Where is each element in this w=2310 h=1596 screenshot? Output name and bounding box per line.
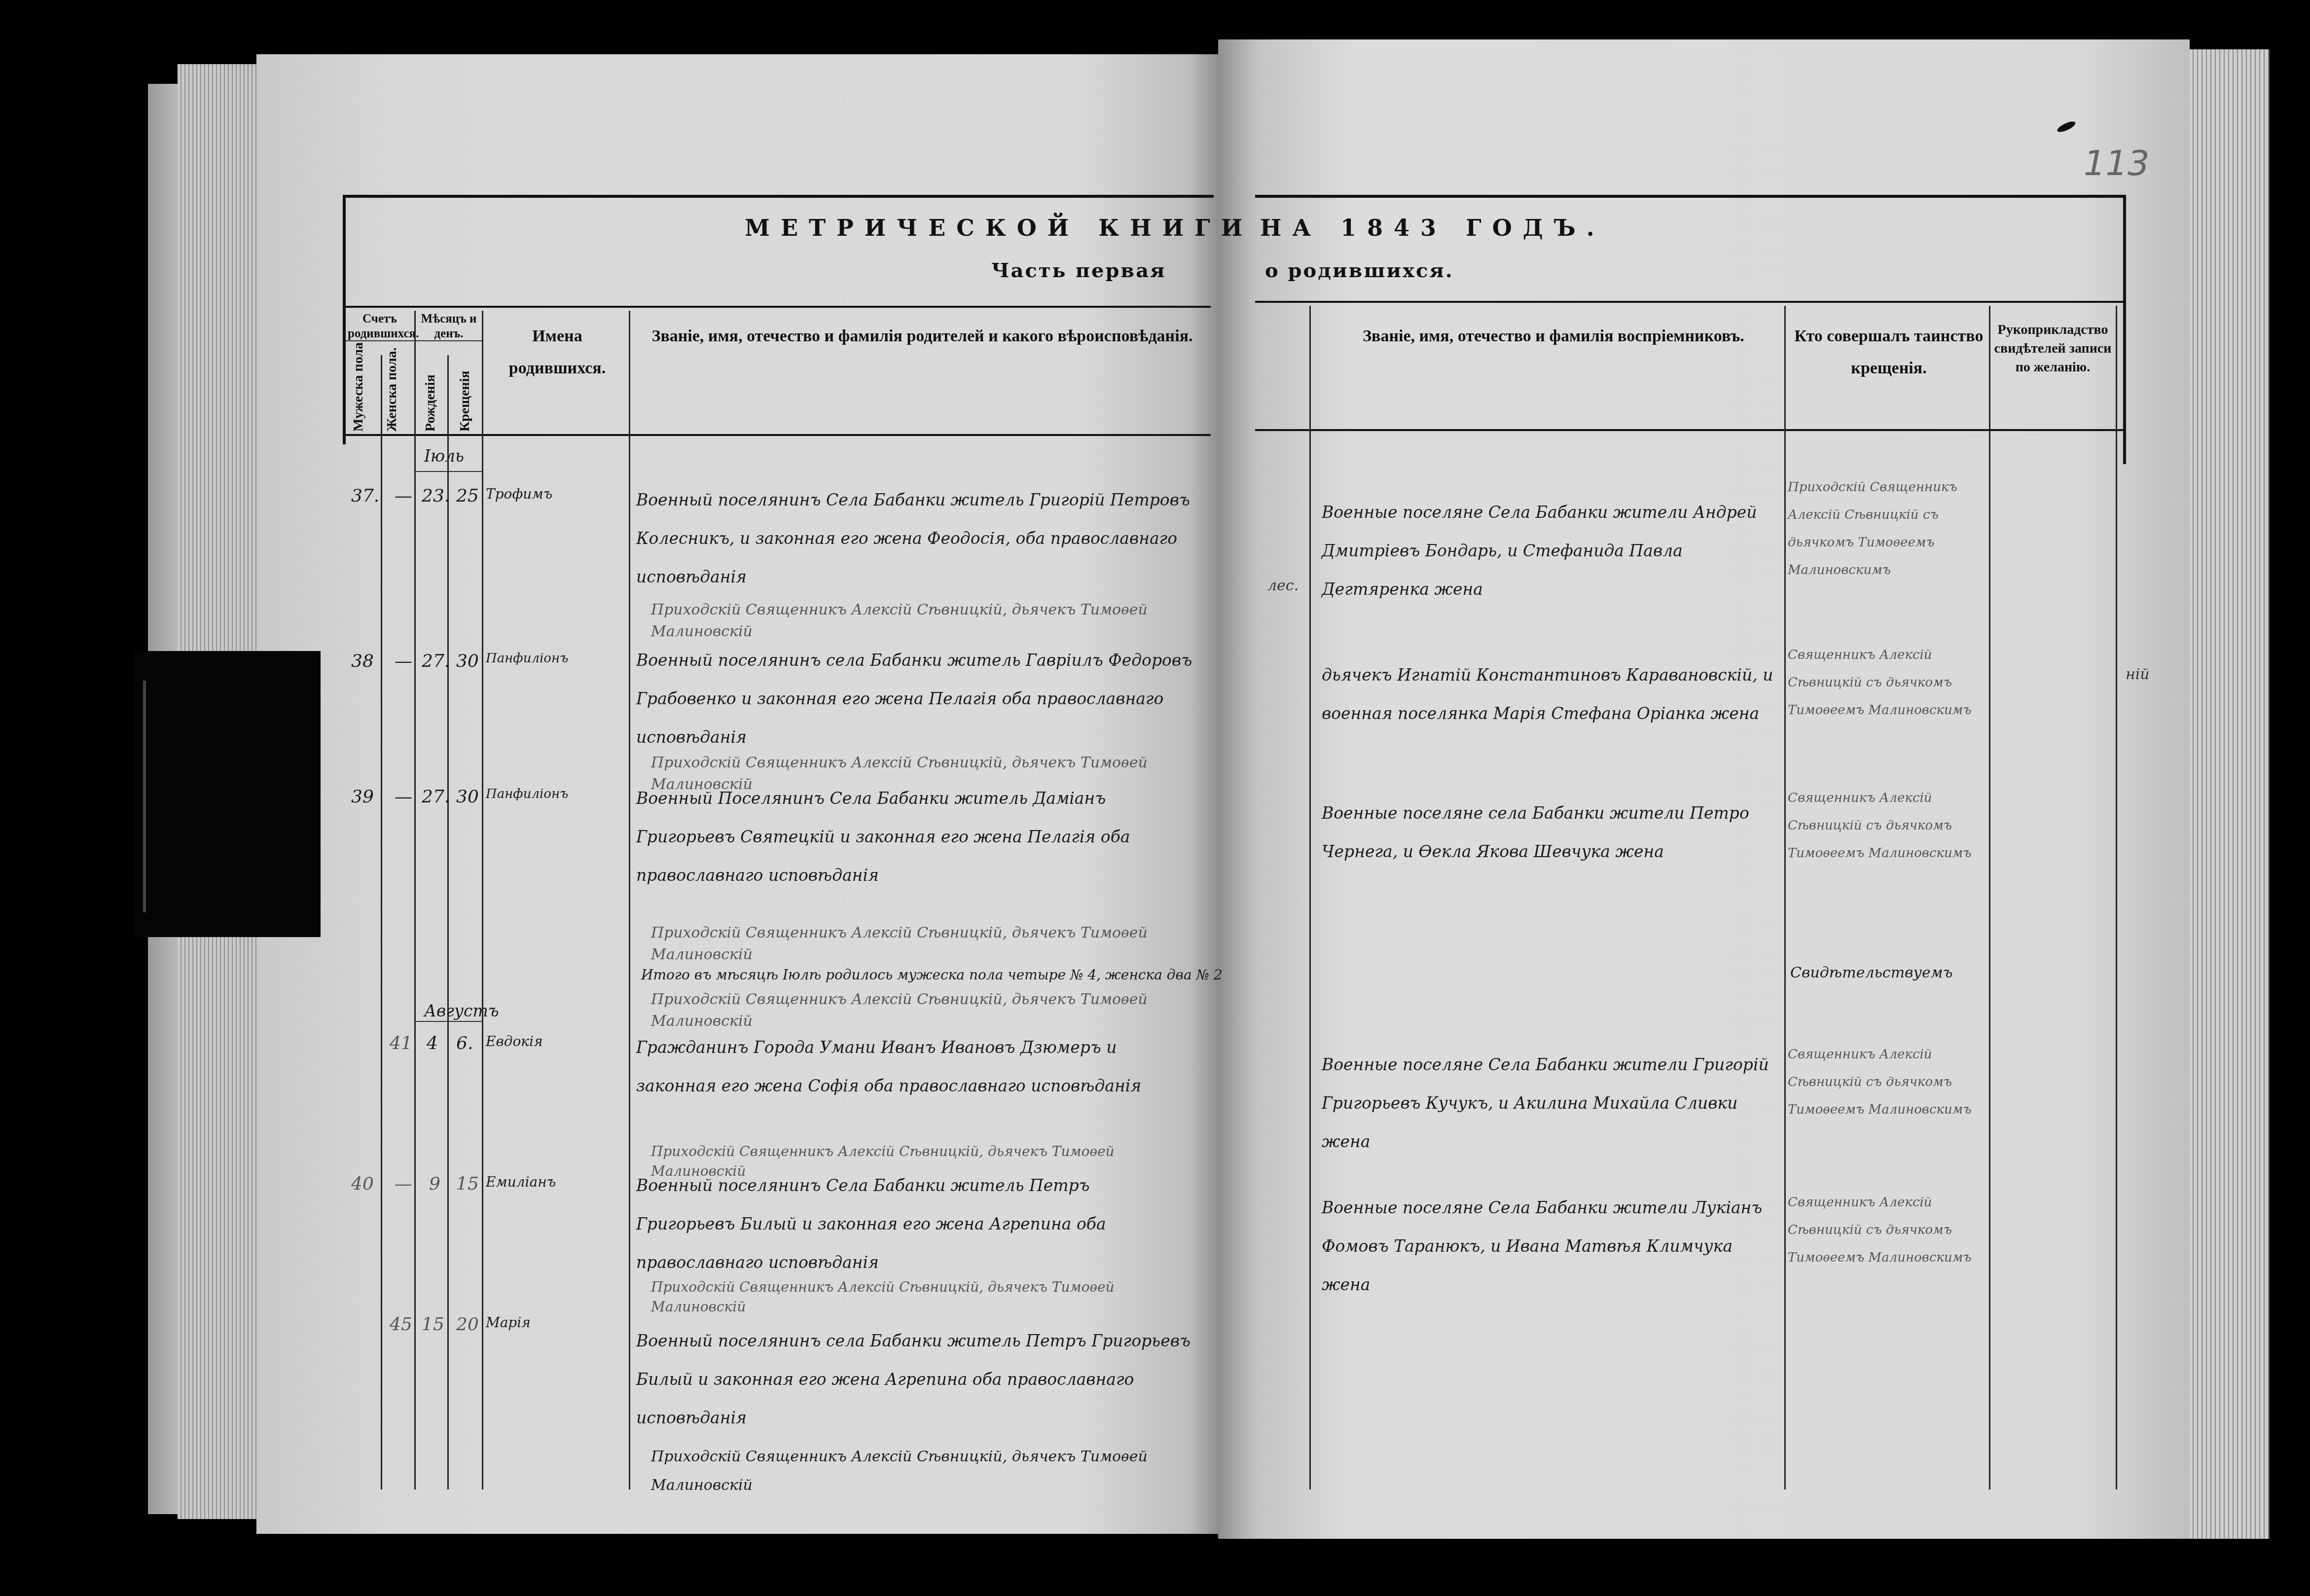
- entry-name: Емиліанъ: [486, 1174, 556, 1190]
- entry-priest: Священникъ Алексій Сѣвницкій съ дьячкомъ…: [1788, 1041, 1985, 1124]
- entry-officiant: Приходскій Священникъ Алексій Сѣвницкій,…: [651, 1443, 1193, 1500]
- entry-godparents: Военные поселяне Села Бабанки жители Анд…: [1322, 493, 1780, 609]
- book-page-edges-right: [2185, 49, 2270, 1539]
- entry-priest: Священникъ Алексій Сѣвницкій съ дьячкомъ…: [1788, 784, 1985, 867]
- entry-female-no: 41: [390, 1033, 412, 1053]
- header-male: Мужеска пола: [351, 348, 381, 432]
- entry-godparents: Военные поселяне Села Бабанки жители Гри…: [1322, 1046, 1780, 1161]
- entry-parents: Военный поселянинъ Села Бабанки житель П…: [636, 1166, 1193, 1282]
- header-date: Мѣсяцъ и денъ.: [417, 312, 481, 341]
- entry-baptism-day: 30: [456, 651, 479, 671]
- header-godparents: Званіе, имя, отечество и фамилія воспріе…: [1341, 321, 1766, 353]
- register-title-left: МЕТРИЧЕСКОЙ КНИГИ: [745, 215, 1253, 241]
- summary-witness: Свидѣтельствуемъ: [1790, 964, 1953, 981]
- entry-officiant: Приходскій Священникъ Алексій Сѣвницкій,…: [651, 922, 1193, 966]
- folio-number: 113: [2084, 143, 2150, 183]
- entry-birth-day: 15: [422, 1314, 444, 1335]
- entry-priest: Священникъ Алексій Сѣвницкій съ дьячкомъ…: [1788, 1189, 1985, 1271]
- register-section: о родившихся.: [1265, 259, 1454, 282]
- entry-godparents: дьячекъ Игнатій Константиновъ Каравановс…: [1322, 656, 1780, 733]
- entry-birth-day: 9: [429, 1174, 440, 1194]
- header-count: Счетъ родившихся.: [348, 312, 412, 341]
- col-line: [1784, 306, 1786, 1489]
- margin-note: лес.: [1267, 577, 1299, 594]
- entry-female-no: 45: [390, 1314, 412, 1335]
- entry-parents: Военный поселянинъ Села Бабанки житель Г…: [636, 481, 1193, 596]
- entry-birth-day: 23.: [422, 486, 450, 506]
- col-line: [1309, 306, 1311, 1489]
- right-header-bottom: [1255, 429, 2123, 431]
- header-female: Женска пола.: [385, 348, 414, 432]
- right-header-divider: [1255, 301, 2123, 303]
- entry-name: Евдокія: [486, 1033, 543, 1050]
- month-label: Іюль: [424, 446, 464, 466]
- entry-baptism-day: 6.: [456, 1033, 473, 1053]
- left-header-divider: [345, 306, 1211, 308]
- col-line: [1989, 306, 1990, 1489]
- summary-officiant: Приходскій Священникъ Алексій Сѣвницкій,…: [651, 989, 1193, 1032]
- header-witnesses: Рукоприкладство свидѣтелей записи по жел…: [1992, 321, 2113, 376]
- entry-baptism-day: 15: [456, 1174, 479, 1194]
- month-summary: Итого въ мѣсяцѣ Іюлѣ родилось мужеска по…: [641, 967, 1775, 983]
- margin-note: ній: [2126, 666, 2150, 683]
- register-part: Часть первая: [991, 259, 1166, 282]
- entry-male-no: 38: [351, 651, 374, 671]
- entry-baptism-day: 30: [456, 787, 479, 807]
- entry-baptism-day: 25: [456, 486, 479, 506]
- col-line: [414, 311, 416, 1489]
- month-underline: [416, 1021, 482, 1022]
- entry-godparents: Военные поселяне села Бабанки жители Пет…: [1322, 794, 1780, 871]
- entry-female-no: —: [395, 651, 412, 671]
- header-baptism: Крещенія: [458, 348, 477, 432]
- entry-birth-day: 27.: [422, 787, 450, 807]
- entry-name: Трофимъ: [486, 486, 552, 502]
- entry-priest: Священникъ Алексій Сѣвницкій съ дьячкомъ…: [1788, 641, 1985, 724]
- entry-female-no: —: [395, 787, 412, 807]
- entry-birth-day: 27.: [422, 651, 450, 671]
- entry-parents: Гражданинъ Города Умани Иванъ Ивановъ Дз…: [636, 1028, 1193, 1105]
- entry-officiant: Приходскій Священникъ Алексій Сѣвницкій,…: [651, 1277, 1193, 1317]
- entry-parents: Военный поселянинъ села Бабанки житель П…: [636, 1322, 1193, 1437]
- entry-name: Панфиліонъ: [486, 787, 568, 801]
- entry-name: Марія: [486, 1314, 531, 1331]
- entry-female-no: —: [395, 1174, 412, 1194]
- entry-male-no: 40: [351, 1174, 374, 1194]
- entry-officiant: Приходскій Священникъ Алексій Сѣвницкій,…: [651, 599, 1193, 643]
- entry-birth-day: 4: [427, 1033, 438, 1053]
- header-birth: Рожденія: [423, 348, 443, 432]
- header-names: Имена родившихся.: [493, 321, 621, 384]
- col-line: [482, 311, 483, 1489]
- header-priest: Кто совершалъ таинство крещенія.: [1790, 321, 1987, 384]
- col-line: [381, 355, 382, 1489]
- entry-parents: Военный Поселянинъ Села Бабанки житель Д…: [636, 779, 1193, 895]
- entry-female-no: —: [395, 486, 412, 506]
- entry-baptism-day: 20: [456, 1314, 479, 1335]
- entry-male-no: 39: [351, 787, 374, 807]
- entry-godparents: Военные поселяне Села Бабанки жители Лук…: [1322, 1189, 1780, 1304]
- left-header-bottom: [345, 434, 1211, 436]
- book-clamp: [133, 651, 321, 937]
- register-title-right: НА 1843 ГОДЪ.: [1260, 215, 1605, 241]
- entry-name: Панфиліонъ: [486, 651, 568, 666]
- entry-priest: Приходскій Священникъ Алексій Сѣвницкій …: [1788, 473, 1985, 584]
- month-label: Августъ: [424, 1001, 499, 1020]
- entry-male-no: 37.: [351, 486, 379, 506]
- month-underline: [416, 471, 482, 472]
- col-line: [629, 311, 630, 1489]
- col-line: [2116, 306, 2117, 1489]
- entry-parents: Военный поселянинъ села Бабанки житель Г…: [636, 641, 1193, 757]
- header-parents: Званіе, имя, отечество и фамилія родител…: [646, 321, 1198, 353]
- col-line: [447, 355, 449, 1489]
